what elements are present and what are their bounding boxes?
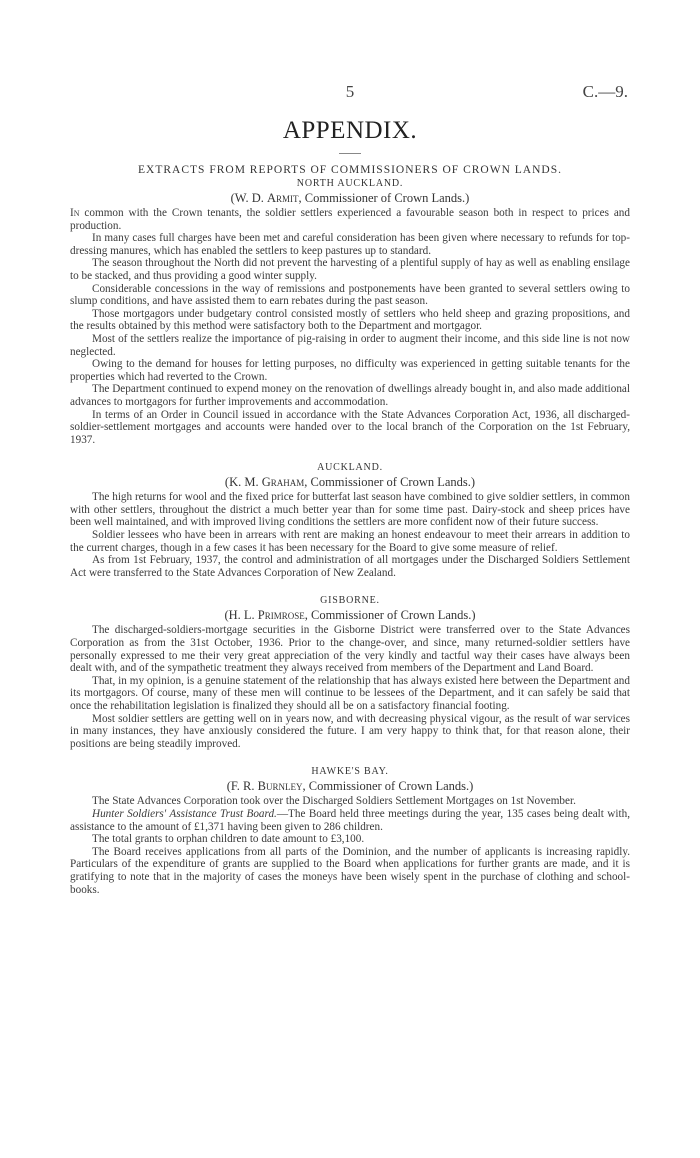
commissioner-name: Graham xyxy=(262,475,305,489)
section-heading: GISBORNE. xyxy=(70,595,630,606)
document-reference: C.—9. xyxy=(583,82,628,102)
paragraph: The season throughout the North did not … xyxy=(70,257,630,282)
commissioner-name: Burnley xyxy=(258,779,303,793)
paragraph: The State Advances Corporation took over… xyxy=(70,795,630,808)
paragraph: The Department continued to expend money… xyxy=(70,383,630,408)
commissioner-role: , Commissioner of Crown Lands.) xyxy=(299,191,470,205)
commissioner-role: , Commissioner of Crown Lands.) xyxy=(304,475,475,489)
commissioner-initials: (W. D. xyxy=(231,191,267,205)
commissioner-name: Armit xyxy=(267,191,299,205)
paragraph: In common with the Crown tenants, the so… xyxy=(70,207,630,232)
paragraph-text: common with the Crown tenants, the soldi… xyxy=(70,207,630,232)
paragraph: Hunter Soldiers' Assistance Trust Board.… xyxy=(70,808,630,833)
title-divider xyxy=(339,153,361,154)
commissioner-line: (K. M. Graham, Commissioner of Crown Lan… xyxy=(70,475,630,490)
commissioner-line: (H. L. Primrose, Commissioner of Crown L… xyxy=(70,608,630,623)
section-heading: NORTH AUCKLAND. xyxy=(70,178,630,189)
section-hawkes-bay: HAWKE'S BAY. (F. R. Burnley, Commissione… xyxy=(70,766,630,896)
paragraph: Most of the settlers realize the importa… xyxy=(70,333,630,358)
section-north-auckland: NORTH AUCKLAND. (W. D. Armit, Commission… xyxy=(70,178,630,446)
commissioner-initials: (F. R. xyxy=(227,779,258,793)
section-heading: HAWKE'S BAY. xyxy=(70,766,630,777)
page-number: 5 xyxy=(70,82,630,102)
document-page: 5 C.—9. APPENDIX. EXTRACTS FROM REPORTS … xyxy=(70,82,630,896)
paragraph: That, in my opinion, is a genuine statem… xyxy=(70,675,630,713)
paragraph: The discharged-soldiers-mortgage securit… xyxy=(70,624,630,674)
paragraph: In many cases full charges have been met… xyxy=(70,232,630,257)
appendix-title: APPENDIX. xyxy=(70,117,630,145)
commissioner-line: (W. D. Armit, Commissioner of Crown Land… xyxy=(70,191,630,206)
paragraph: As from 1st February, 1937, the control … xyxy=(70,554,630,579)
paragraph: Soldier lessees who have been in arrears… xyxy=(70,529,630,554)
paragraph: The Board receives applications from all… xyxy=(70,846,630,896)
commissioner-initials: (K. M. xyxy=(225,475,262,489)
paragraph: In terms of an Order in Council issued i… xyxy=(70,409,630,447)
board-name: Hunter Soldiers' Assistance Trust Board. xyxy=(92,808,277,820)
section-auckland: AUCKLAND. (K. M. Graham, Commissioner of… xyxy=(70,462,630,579)
paragraph: The high returns for wool and the fixed … xyxy=(70,491,630,529)
lead-word: In xyxy=(70,207,80,219)
paragraph: Owing to the demand for houses for letti… xyxy=(70,358,630,383)
page-header: 5 C.—9. xyxy=(70,82,630,106)
extracts-heading: EXTRACTS FROM REPORTS OF COMMISSIONERS O… xyxy=(70,164,630,176)
section-heading: AUCKLAND. xyxy=(70,462,630,473)
section-gisborne: GISBORNE. (H. L. Primrose, Commissioner … xyxy=(70,595,630,750)
commissioner-line: (F. R. Burnley, Commissioner of Crown La… xyxy=(70,779,630,794)
paragraph: The total grants to orphan children to d… xyxy=(70,833,630,846)
commissioner-role: , Commissioner of Crown Lands.) xyxy=(302,779,473,793)
commissioner-role: , Commissioner of Crown Lands.) xyxy=(305,608,476,622)
commissioner-initials: (H. L. xyxy=(224,608,257,622)
paragraph: Most soldier settlers are getting well o… xyxy=(70,713,630,751)
commissioner-name: Primrose xyxy=(258,608,305,622)
paragraph: Considerable concessions in the way of r… xyxy=(70,283,630,308)
paragraph: Those mortgagors under budgetary control… xyxy=(70,308,630,333)
